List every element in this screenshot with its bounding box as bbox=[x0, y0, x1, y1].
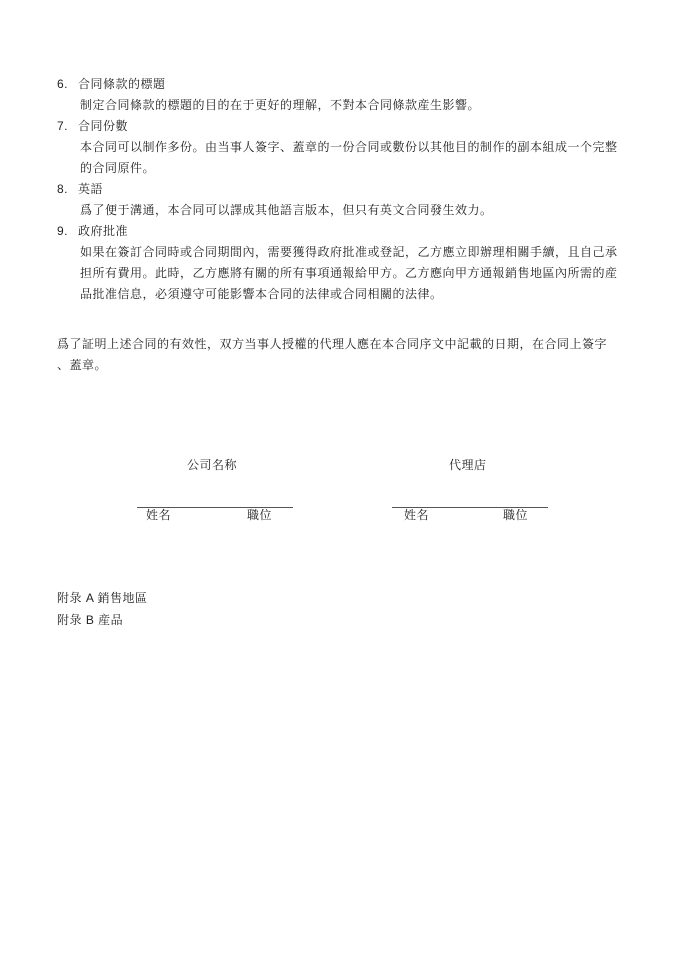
clause-8: 8.英語 爲了便于溝通，本合同可以譯成其他語言版本，但只有英文合同發生效力。 bbox=[57, 179, 637, 221]
clause-number: 8. bbox=[57, 179, 78, 200]
clause-7: 7.合同份數 本合同可以制作多份。由当事人簽字、蓋章的一份合同或數份以其他目的制… bbox=[57, 116, 637, 179]
clause-number: 9. bbox=[57, 221, 78, 242]
appendix-b-products: 附彔 B 産品 bbox=[57, 609, 148, 631]
appendix-list: 附彔 A 銷售地區 附彔 B 産品 bbox=[57, 587, 148, 631]
agent-store-heading: 代理店 bbox=[449, 455, 487, 476]
contract-body: 6.合同條款的標題 制定合同條款的標題的目的在于更好的理解，不對本合同條款産生影… bbox=[57, 74, 637, 376]
agent-position-label: 職位 bbox=[503, 505, 528, 526]
agent-name-label: 姓名 bbox=[404, 505, 429, 526]
clause-text: 如果在簽訂合同時或合同期間內，需要獲得政府批准或登記，乙方應立即辦理相關手續，且… bbox=[57, 242, 637, 305]
clause-6: 6.合同條款的標題 制定合同條款的標題的目的在于更好的理解，不對本合同條款産生影… bbox=[57, 74, 637, 116]
company-name-label: 姓名 bbox=[146, 505, 171, 526]
clause-number: 6. bbox=[57, 74, 78, 95]
clause-heading: 6.合同條款的標題 bbox=[57, 74, 637, 95]
clause-title: 合同條款的標題 bbox=[78, 77, 166, 91]
company-position-label: 職位 bbox=[247, 505, 272, 526]
clause-number: 7. bbox=[57, 116, 78, 137]
clause-heading: 9.政府批准 bbox=[57, 221, 637, 242]
clause-heading: 8.英語 bbox=[57, 179, 637, 200]
appendix-a-sales-region: 附彔 A 銷售地區 bbox=[57, 587, 148, 609]
clause-9: 9.政府批准 如果在簽訂合同時或合同期間內，需要獲得政府批准或登記，乙方應立即辦… bbox=[57, 221, 637, 305]
contract-document-page: 6.合同條款的標題 制定合同條款的標題的目的在于更好的理解，不對本合同條款産生影… bbox=[0, 0, 680, 962]
closing-paragraph: 爲了証明上述合同的有效性，双方当事人授權的代理人應在本合同序文中記載的日期，在合… bbox=[57, 334, 637, 376]
clause-text: 爲了便于溝通，本合同可以譯成其他語言版本，但只有英文合同發生效力。 bbox=[57, 200, 637, 221]
company-name-heading: 公司名称 bbox=[187, 455, 237, 476]
clause-text: 本合同可以制作多份。由当事人簽字、蓋章的一份合同或數份以其他目的制作的副本組成一… bbox=[57, 137, 637, 179]
clause-title: 政府批准 bbox=[78, 224, 128, 238]
clause-title: 英語 bbox=[78, 182, 103, 196]
clause-heading: 7.合同份數 bbox=[57, 116, 637, 137]
clause-text: 制定合同條款的標題的目的在于更好的理解，不對本合同條款産生影響。 bbox=[57, 95, 637, 116]
clause-title: 合同份數 bbox=[78, 119, 128, 133]
